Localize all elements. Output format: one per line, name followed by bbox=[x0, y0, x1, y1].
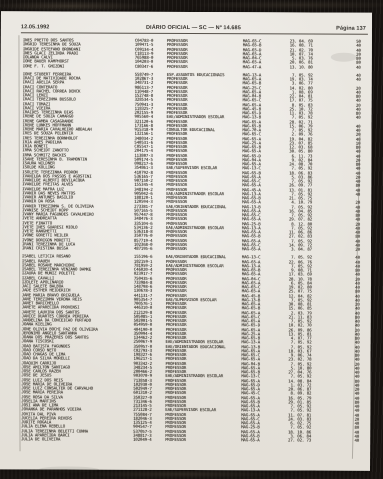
row-group: ISABEL LETICIA ROSANO 155196-6 EAE/ORIEN… bbox=[0, 254, 371, 443]
cell-cargo: PROFESSOR bbox=[166, 247, 242, 252]
cell-data: 27. 02. 73 bbox=[275, 438, 311, 442]
cell-matricula: 102049-4 bbox=[133, 438, 165, 442]
row-group: IONE STUBERT FERREIRA 558749-7 ESP.ASSUN… bbox=[0, 72, 372, 252]
cell-nivel: MAG-65-A bbox=[242, 247, 276, 251]
table-row: IONE F. T. GHIZONI C80347-6 PROFESSOR MA… bbox=[1, 64, 372, 70]
cell-data: 13. 10. 80 bbox=[277, 65, 313, 69]
scan-smudge bbox=[39, 466, 99, 472]
cell-cargo: PROFESSOR bbox=[165, 438, 241, 443]
cell-data: 3. 04. 87 bbox=[276, 247, 312, 251]
cell-nome: JULIA DE OLIVEIRA bbox=[21, 437, 133, 442]
table-body: INES PRETTO DOS SANTOS C04783-0 PROFESSO… bbox=[0, 38, 372, 443]
table-row: IRANI CRISTINA BUSSA 487195-6 PROFESSOR … bbox=[0, 246, 371, 252]
cell-cargo: PROFESSOR bbox=[167, 64, 243, 69]
header-page-number: Página 137 bbox=[296, 25, 366, 31]
cell-matricula: 487195-6 bbox=[134, 247, 166, 251]
cell-nivel: MAG-65-A bbox=[241, 438, 275, 442]
header-rule bbox=[21, 32, 368, 35]
cell-carga: 20 bbox=[312, 248, 360, 253]
cell-carga: 40 bbox=[313, 65, 361, 70]
cell-matricula: C80347-6 bbox=[135, 64, 167, 68]
scan-smudge bbox=[331, 53, 357, 62]
document-page: 12.05.1992 DIÁRIO OFICIAL — SC — Nº 14.6… bbox=[0, 11, 372, 471]
cell-nome: IONE F. T. GHIZONI bbox=[23, 64, 135, 69]
header-date: 12.05.1992 bbox=[21, 24, 91, 30]
header-title: DIÁRIO OFICIAL — SC — Nº 14.685 bbox=[91, 25, 296, 32]
page-header: 12.05.1992 DIÁRIO OFICIAL — SC — Nº 14.6… bbox=[1, 11, 372, 32]
cell-nivel: MAG-47-A bbox=[243, 65, 277, 69]
row-group: INES PRETTO DOS SANTOS C04783-0 PROFESSO… bbox=[1, 38, 372, 69]
table-row: JULIA DE OLIVEIRA 102049-4 PROFESSOR MAG… bbox=[0, 437, 370, 443]
cell-nome: IRANI CRISTINA BUSSA bbox=[22, 246, 134, 251]
